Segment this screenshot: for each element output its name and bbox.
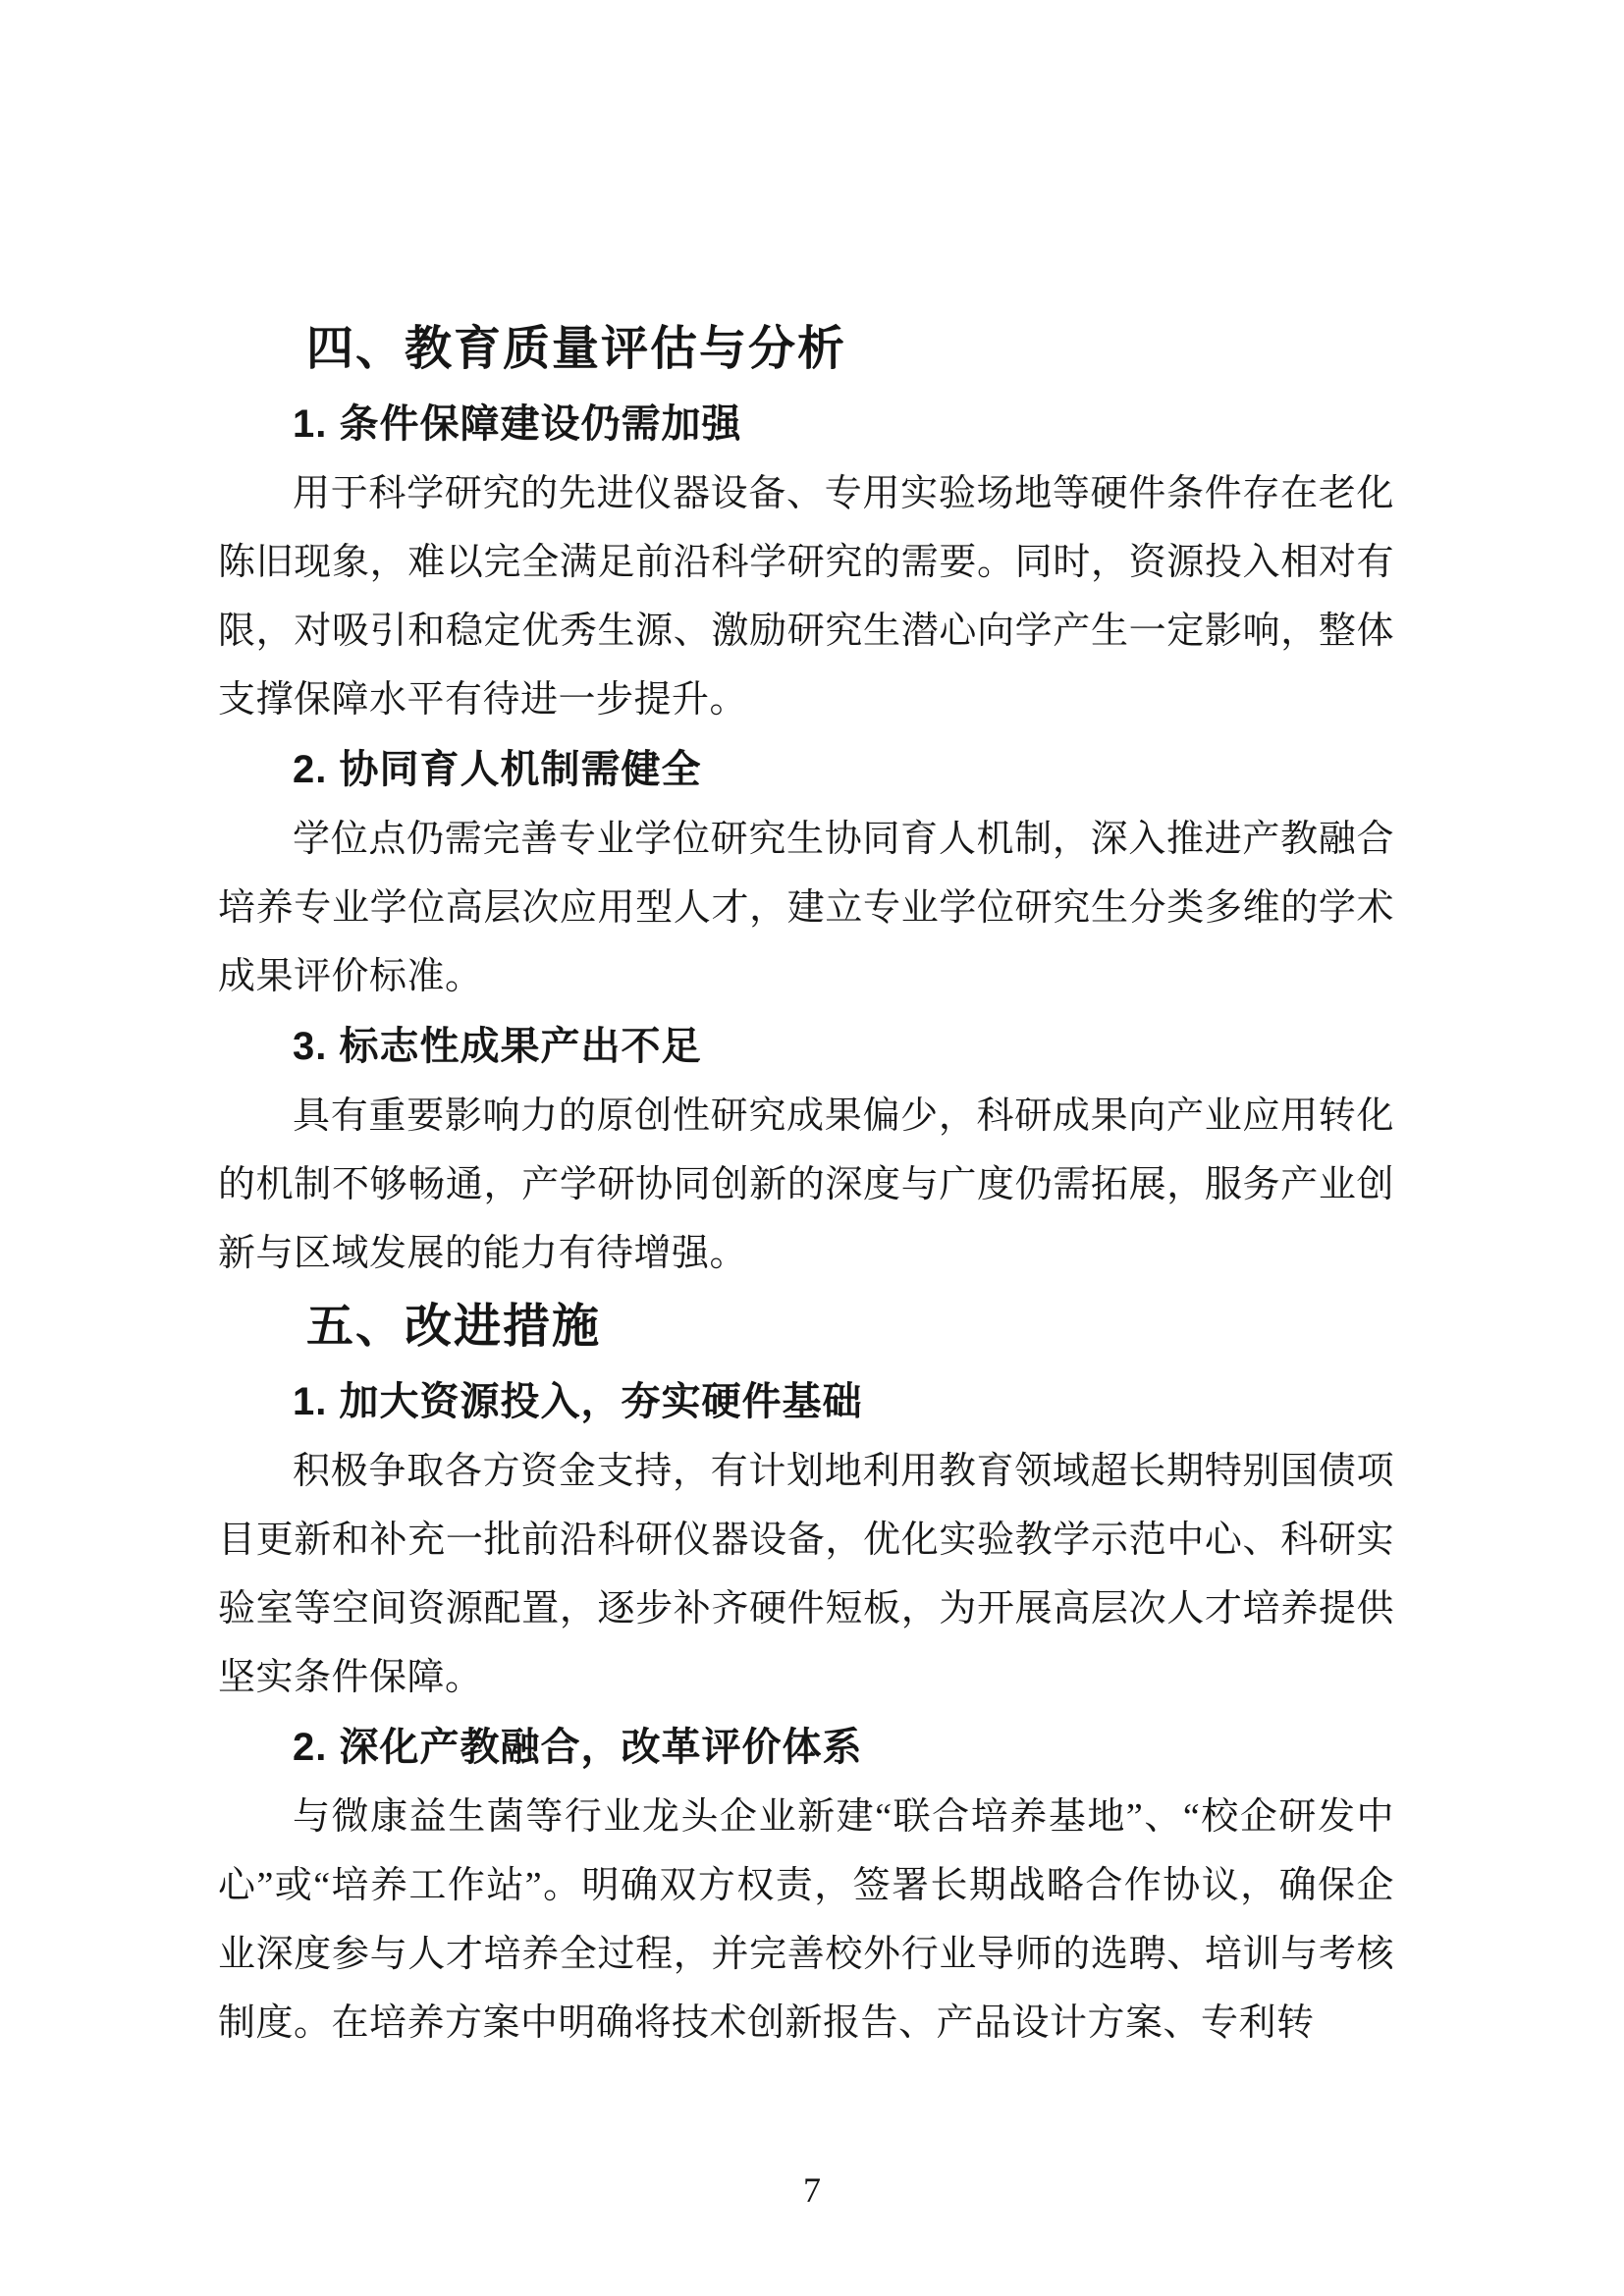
subsection-heading: 3. 标志性成果产出不足: [218, 1011, 1394, 1082]
subsection-heading: 1. 条件保障建设仍需加强: [218, 389, 1394, 459]
subsection: 1. 加大资源投入，夯实硬件基础 积极争取各方资金支持，有计划地利用教育领域超长…: [218, 1366, 1394, 1712]
subsection-heading: 2. 协同育人机制需健全: [218, 734, 1394, 805]
section-heading: 四、教育质量评估与分析: [218, 310, 1394, 389]
paragraph: 具有重要影响力的原创性研究成果偏少，科研成果向产业应用转化的机制不够畅通，产学研…: [218, 1082, 1394, 1288]
page-number: 7: [0, 2165, 1624, 2215]
paragraph: 与微康益生菌等行业龙头企业新建“联合培养基地”、“校企研发中心”或“培养工作站”…: [218, 1783, 1394, 2057]
subsection-heading: 1. 加大资源投入，夯实硬件基础: [218, 1366, 1394, 1437]
section-quality-evaluation: 四、教育质量评估与分析 1. 条件保障建设仍需加强 用于科学研究的先进仪器设备、…: [218, 310, 1394, 1288]
subsection: 2. 深化产教融合，改革评价体系 与微康益生菌等行业龙头企业新建“联合培养基地”…: [218, 1712, 1394, 2057]
paragraph: 用于科学研究的先进仪器设备、专用实验场地等硬件条件存在老化陈旧现象，难以完全满足…: [218, 459, 1394, 734]
section-improvement-measures: 五、改进措施 1. 加大资源投入，夯实硬件基础 积极争取各方资金支持，有计划地利…: [218, 1288, 1394, 2057]
document-page: 四、教育质量评估与分析 1. 条件保障建设仍需加强 用于科学研究的先进仪器设备、…: [0, 0, 1624, 2296]
page-content: 四、教育质量评估与分析 1. 条件保障建设仍需加强 用于科学研究的先进仪器设备、…: [218, 310, 1394, 2057]
subsection: 2. 协同育人机制需健全 学位点仍需完善专业学位研究生协同育人机制，深入推进产教…: [218, 734, 1394, 1011]
subsection: 3. 标志性成果产出不足 具有重要影响力的原创性研究成果偏少，科研成果向产业应用…: [218, 1011, 1394, 1288]
section-heading: 五、改进措施: [218, 1288, 1394, 1366]
paragraph: 学位点仍需完善专业学位研究生协同育人机制，深入推进产教融合培养专业学位高层次应用…: [218, 805, 1394, 1011]
subsection-heading: 2. 深化产教融合，改革评价体系: [218, 1712, 1394, 1783]
subsection: 1. 条件保障建设仍需加强 用于科学研究的先进仪器设备、专用实验场地等硬件条件存…: [218, 389, 1394, 734]
paragraph: 积极争取各方资金支持，有计划地利用教育领域超长期特别国债项目更新和补充一批前沿科…: [218, 1437, 1394, 1712]
